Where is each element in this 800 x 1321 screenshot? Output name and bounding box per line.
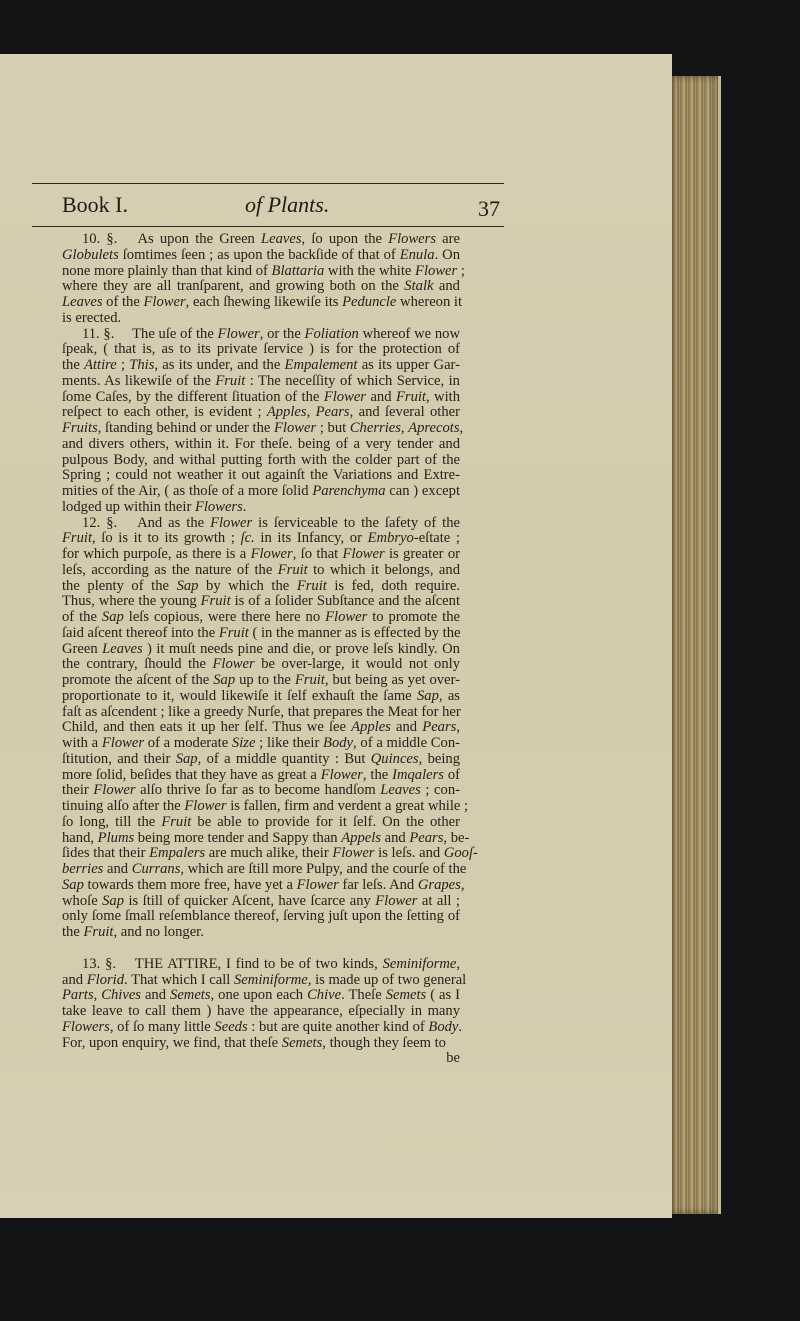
text-line: and divers others, within it. For theſe.… — [62, 437, 460, 453]
text-line: tinuing alſo after the Flower is fallen,… — [62, 799, 460, 815]
text-line: proportionate to it, would likewiſe it ſ… — [62, 689, 460, 705]
text-line: Flowers, of ſo many little Seeds : but a… — [62, 1020, 460, 1036]
text-line: 10. §. As upon the Green Leaves, ſo upon… — [62, 232, 460, 248]
text-line: ſpeak, ( that is, as to its private ſerv… — [62, 342, 460, 358]
text-line: the contrary, ſhould the Flower be over-… — [62, 657, 460, 673]
page-number: 37 — [478, 198, 500, 220]
text-line: for which purpoſe, as there is a Flower,… — [62, 547, 460, 563]
text-line: take leave to call them ) have the appea… — [62, 1004, 460, 1020]
text-line: hand, Plums being more tender and Sappy … — [62, 831, 460, 847]
text-line: Green Leaves ) it muſt needs pine and di… — [62, 642, 460, 658]
text-line: ſtitution, and their Sap, of a middle qu… — [62, 752, 460, 768]
text-line: berries and Currans, which are ſtill mor… — [62, 862, 460, 878]
text-line: lodged up within their Flowers. — [62, 500, 460, 516]
text-line: reſpect to each other, is evident ; Appl… — [62, 405, 460, 421]
text-line: Leaves of the Flower, each ſhewing likew… — [62, 295, 460, 311]
catchword: be — [62, 1051, 460, 1067]
text-line: Spring ; could not weather it out againſ… — [62, 468, 460, 484]
body-text: 10. §. As upon the Green Leaves, ſo upon… — [62, 232, 460, 1067]
text-line: ſides that their Empalers are much alike… — [62, 846, 460, 862]
text-line: ments. As likewiſe of the Fruit : The ne… — [62, 374, 460, 390]
text-line: whoſe Sap is ſtill of quicker Aſcent, ha… — [62, 894, 460, 910]
header-top-rule — [32, 183, 504, 184]
paragraph-number: 13. §. — [82, 956, 121, 972]
text-line: Globulets ſomtimes ſeen ; as upon the ba… — [62, 248, 460, 264]
text-line: ſome Caſes, by the different ſituation o… — [62, 390, 460, 406]
text-line: and Florid. That which I call Seminiform… — [62, 973, 460, 989]
paragraph-number: 12. §. — [82, 515, 123, 531]
text-line: Sap towards them more free, have yet a F… — [62, 878, 460, 894]
paragraph-10: 10. §. As upon the Green Leaves, ſo upon… — [62, 232, 460, 327]
text-line: ſaid aſcent thereof into the Fruit ( in … — [62, 626, 460, 642]
running-head-book: Book I. — [62, 194, 128, 216]
text-line: with a Flower of a moderate Size ; like … — [62, 736, 460, 752]
text-line: Thus, where the young Fruit is of a ſoli… — [62, 594, 460, 610]
text-line: mities of the Air, ( as thoſe of a more … — [62, 484, 460, 500]
text-line: none more plainly than that kind of Blat… — [62, 264, 460, 280]
text-line: Parts, Chives and Semets, one upon each … — [62, 988, 460, 1004]
text-line: the Attire ; This, as its under, and the… — [62, 358, 460, 374]
header-bottom-rule — [32, 226, 504, 227]
paragraph-13: 13. §. THE ATTIRE, I find to be of two k… — [62, 957, 460, 1052]
paragraph-12: 12. §. And as the Flower is ſerviceable … — [62, 516, 460, 941]
text-line: Fruit, ſo is it to its growth ; ſc. in i… — [62, 531, 460, 547]
text-line: Child, and then eats it up her ſelf. Thu… — [62, 720, 460, 736]
section-gap — [62, 941, 460, 957]
running-head-title: of Plants. — [245, 194, 329, 216]
text-line: of the Sap leſs copious, were there here… — [62, 610, 460, 626]
paragraph-number: 11. §. — [82, 326, 118, 342]
text-line: 13. §. THE ATTIRE, I find to be of two k… — [62, 957, 460, 973]
page-edges — [672, 76, 721, 1214]
text-line: only ſome ſmall reſemblance thereof, ſer… — [62, 909, 460, 925]
paragraph-number: 10. §. — [82, 231, 124, 247]
text-line: faſt as aſcendent ; like a greedy Nurſe,… — [62, 705, 460, 721]
text-line: where they are all tranſparent, and grow… — [62, 279, 460, 295]
text-line: the Fruit, and no longer. — [62, 925, 460, 941]
text-line: For, upon enquiry, we find, that theſe S… — [62, 1036, 460, 1052]
text-line: leſs, according as the nature of the Fru… — [62, 563, 460, 579]
text-line: Fruits, ſtanding behind or under the Flo… — [62, 421, 460, 437]
text-line: is erected. — [62, 311, 460, 327]
text-line: 11. §. The uſe of the Flower, or the Fol… — [62, 327, 460, 343]
text-line: more ſolid, beſides that they have as gr… — [62, 768, 460, 784]
paragraph-11: 11. §. The uſe of the Flower, or the Fol… — [62, 327, 460, 516]
text-line: ſo long, till the Fruit be able to provi… — [62, 815, 460, 831]
text-line: their Flower alſo thrive ſo far as to be… — [62, 783, 460, 799]
text-line: pulpous Body, and withal putting forth w… — [62, 453, 460, 469]
text-line: the plenty of the Sap by which the Fruit… — [62, 579, 460, 595]
text-line: 12. §. And as the Flower is ſerviceable … — [62, 516, 460, 532]
text-line: promote the aſcent of the Sap up to the … — [62, 673, 460, 689]
